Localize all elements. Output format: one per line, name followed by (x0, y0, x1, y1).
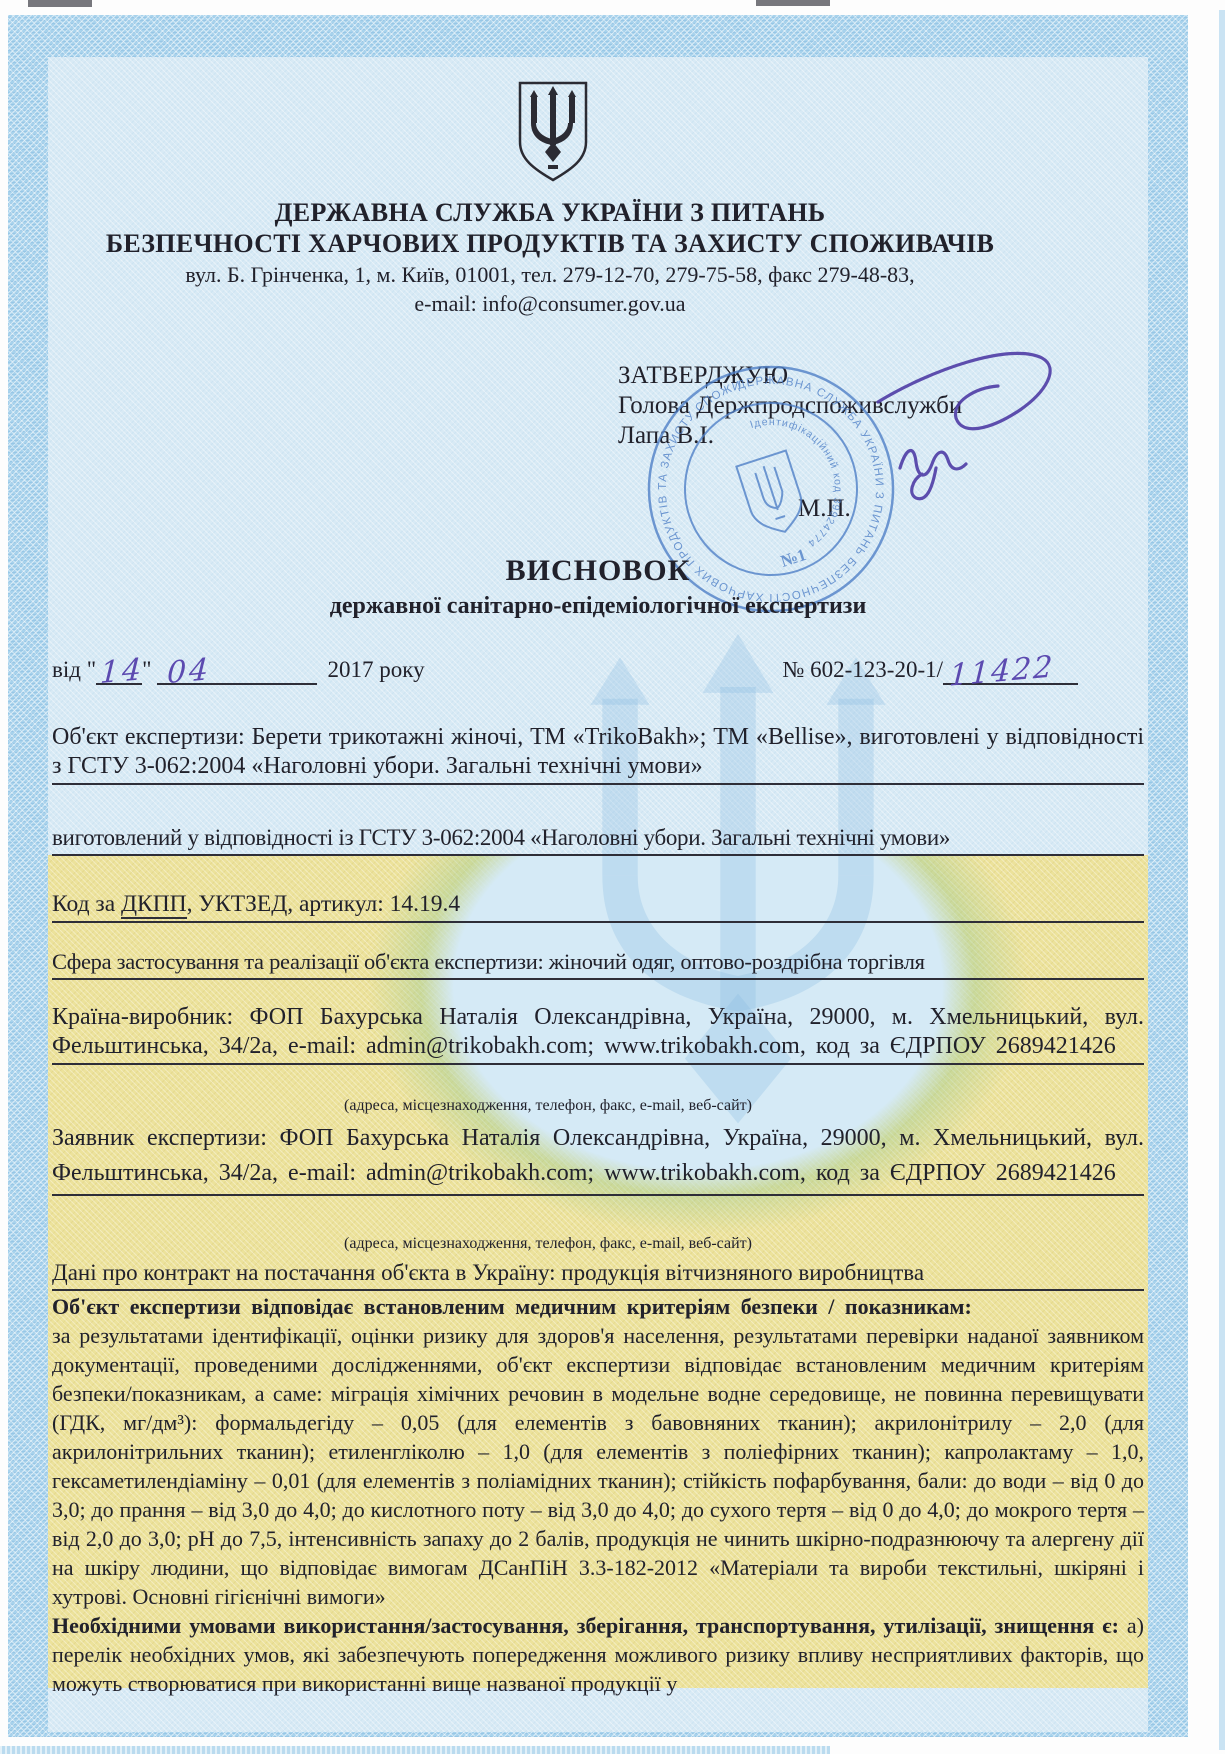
scan-artifact (28, 0, 92, 7)
letterhead: ДЕРЖАВНА СЛУЖБА УКРАЇНИ З ПИТАНЬ БЕЗПЕЧН… (48, 197, 1052, 317)
address-caption: (адреса, місцезнаходження, телефон, факс… (48, 1234, 1048, 1254)
number-label: № 602-123-20-1/ (782, 655, 943, 685)
date-number-row: від " 14 " 04 2017 року № 602-123-20-1/ … (52, 655, 1144, 685)
signature (870, 340, 1070, 520)
conclusion-body: за результатами ідентифікації, оцінки ри… (52, 1321, 1144, 1611)
date-day-blank: 14 (96, 655, 142, 685)
code-dkpp: ДКПП (121, 891, 187, 919)
code-line: Код за ДКПП, УКТЗЕД, артикул: 14.19.4 (52, 890, 1144, 923)
org-name-line2: БЕЗПЕЧНОСТІ ХАРЧОВИХ ПРОДУКТІВ ТА ЗАХИСТ… (48, 228, 1052, 259)
scanned-document-page: ДЕРЖАВНА СЛУЖБА УКРАЇНИ З ПИТАНЬ БЕЗПЕЧН… (0, 0, 1225, 1754)
scope-line: Сфера застосування та реалізації об'єкта… (52, 947, 1144, 980)
document-body: ДЕРЖАВНА СЛУЖБА УКРАЇНИ З ПИТАНЬ БЕЗПЕЧН… (48, 57, 1148, 1732)
manufacturer-section: Країна-виробник: ФОП Бахурська Наталія О… (52, 1003, 1144, 1065)
date-prefix: від " (52, 655, 96, 685)
document-title-block: ВИСНОВОК державної санітарно-епідеміолог… (48, 554, 1148, 621)
code-suffix: , УКТЗЕД, артикул: 14.19.4 (187, 891, 460, 917)
conclusion-heading: Об'єкт експертизи відповідає встановлени… (52, 1292, 1144, 1321)
scan-artifact (756, 0, 830, 6)
applicant-section: Заявник експертизи: ФОП Бахурська Наталі… (52, 1121, 1144, 1196)
address-caption: (адреса, місцезнаходження, телефон, факс… (48, 1096, 1048, 1116)
ukraine-trident-emblem (514, 79, 592, 185)
org-email: e-mail: info@consumer.gov.ua (48, 290, 1052, 317)
scan-edge-strip (1219, 10, 1225, 1750)
org-address: вул. Б. Грінченка, 1, м. Київ, 01001, те… (48, 261, 1052, 288)
handwritten-number: 11422 (948, 652, 1055, 691)
handwritten-month: 04 (167, 655, 213, 689)
number-blank: 11422 (943, 655, 1078, 685)
manufactured-line: виготовлений у відповідності із ГСТУ 3-0… (52, 823, 1144, 856)
scan-bottom-strip (0, 1746, 830, 1754)
code-prefix: Код за (52, 891, 121, 917)
org-name-line1: ДЕРЖАВНА СЛУЖБА УКРАЇНИ З ПИТАНЬ (48, 197, 1052, 228)
document-subtitle: державної санітарно-епідеміологічної екс… (48, 591, 1148, 621)
date-year: 2017 року (327, 655, 424, 685)
object-of-expertise: Об'єкт експертизи: Берети трикотажні жін… (52, 723, 1144, 785)
date-month-blank: 04 (157, 655, 317, 685)
document-title: ВИСНОВОК (48, 554, 1148, 588)
handwritten-day: 14 (99, 655, 145, 689)
conditions-paragraph: Необхідними умовами використання/застосу… (52, 1611, 1144, 1698)
conclusion-block: Об'єкт експертизи відповідає встановлени… (52, 1292, 1144, 1698)
contract-line: Дані про контракт на постачання об'єкта … (52, 1258, 1144, 1291)
conditions-heading: Необхідними умовами використання/застосу… (52, 1613, 1119, 1638)
